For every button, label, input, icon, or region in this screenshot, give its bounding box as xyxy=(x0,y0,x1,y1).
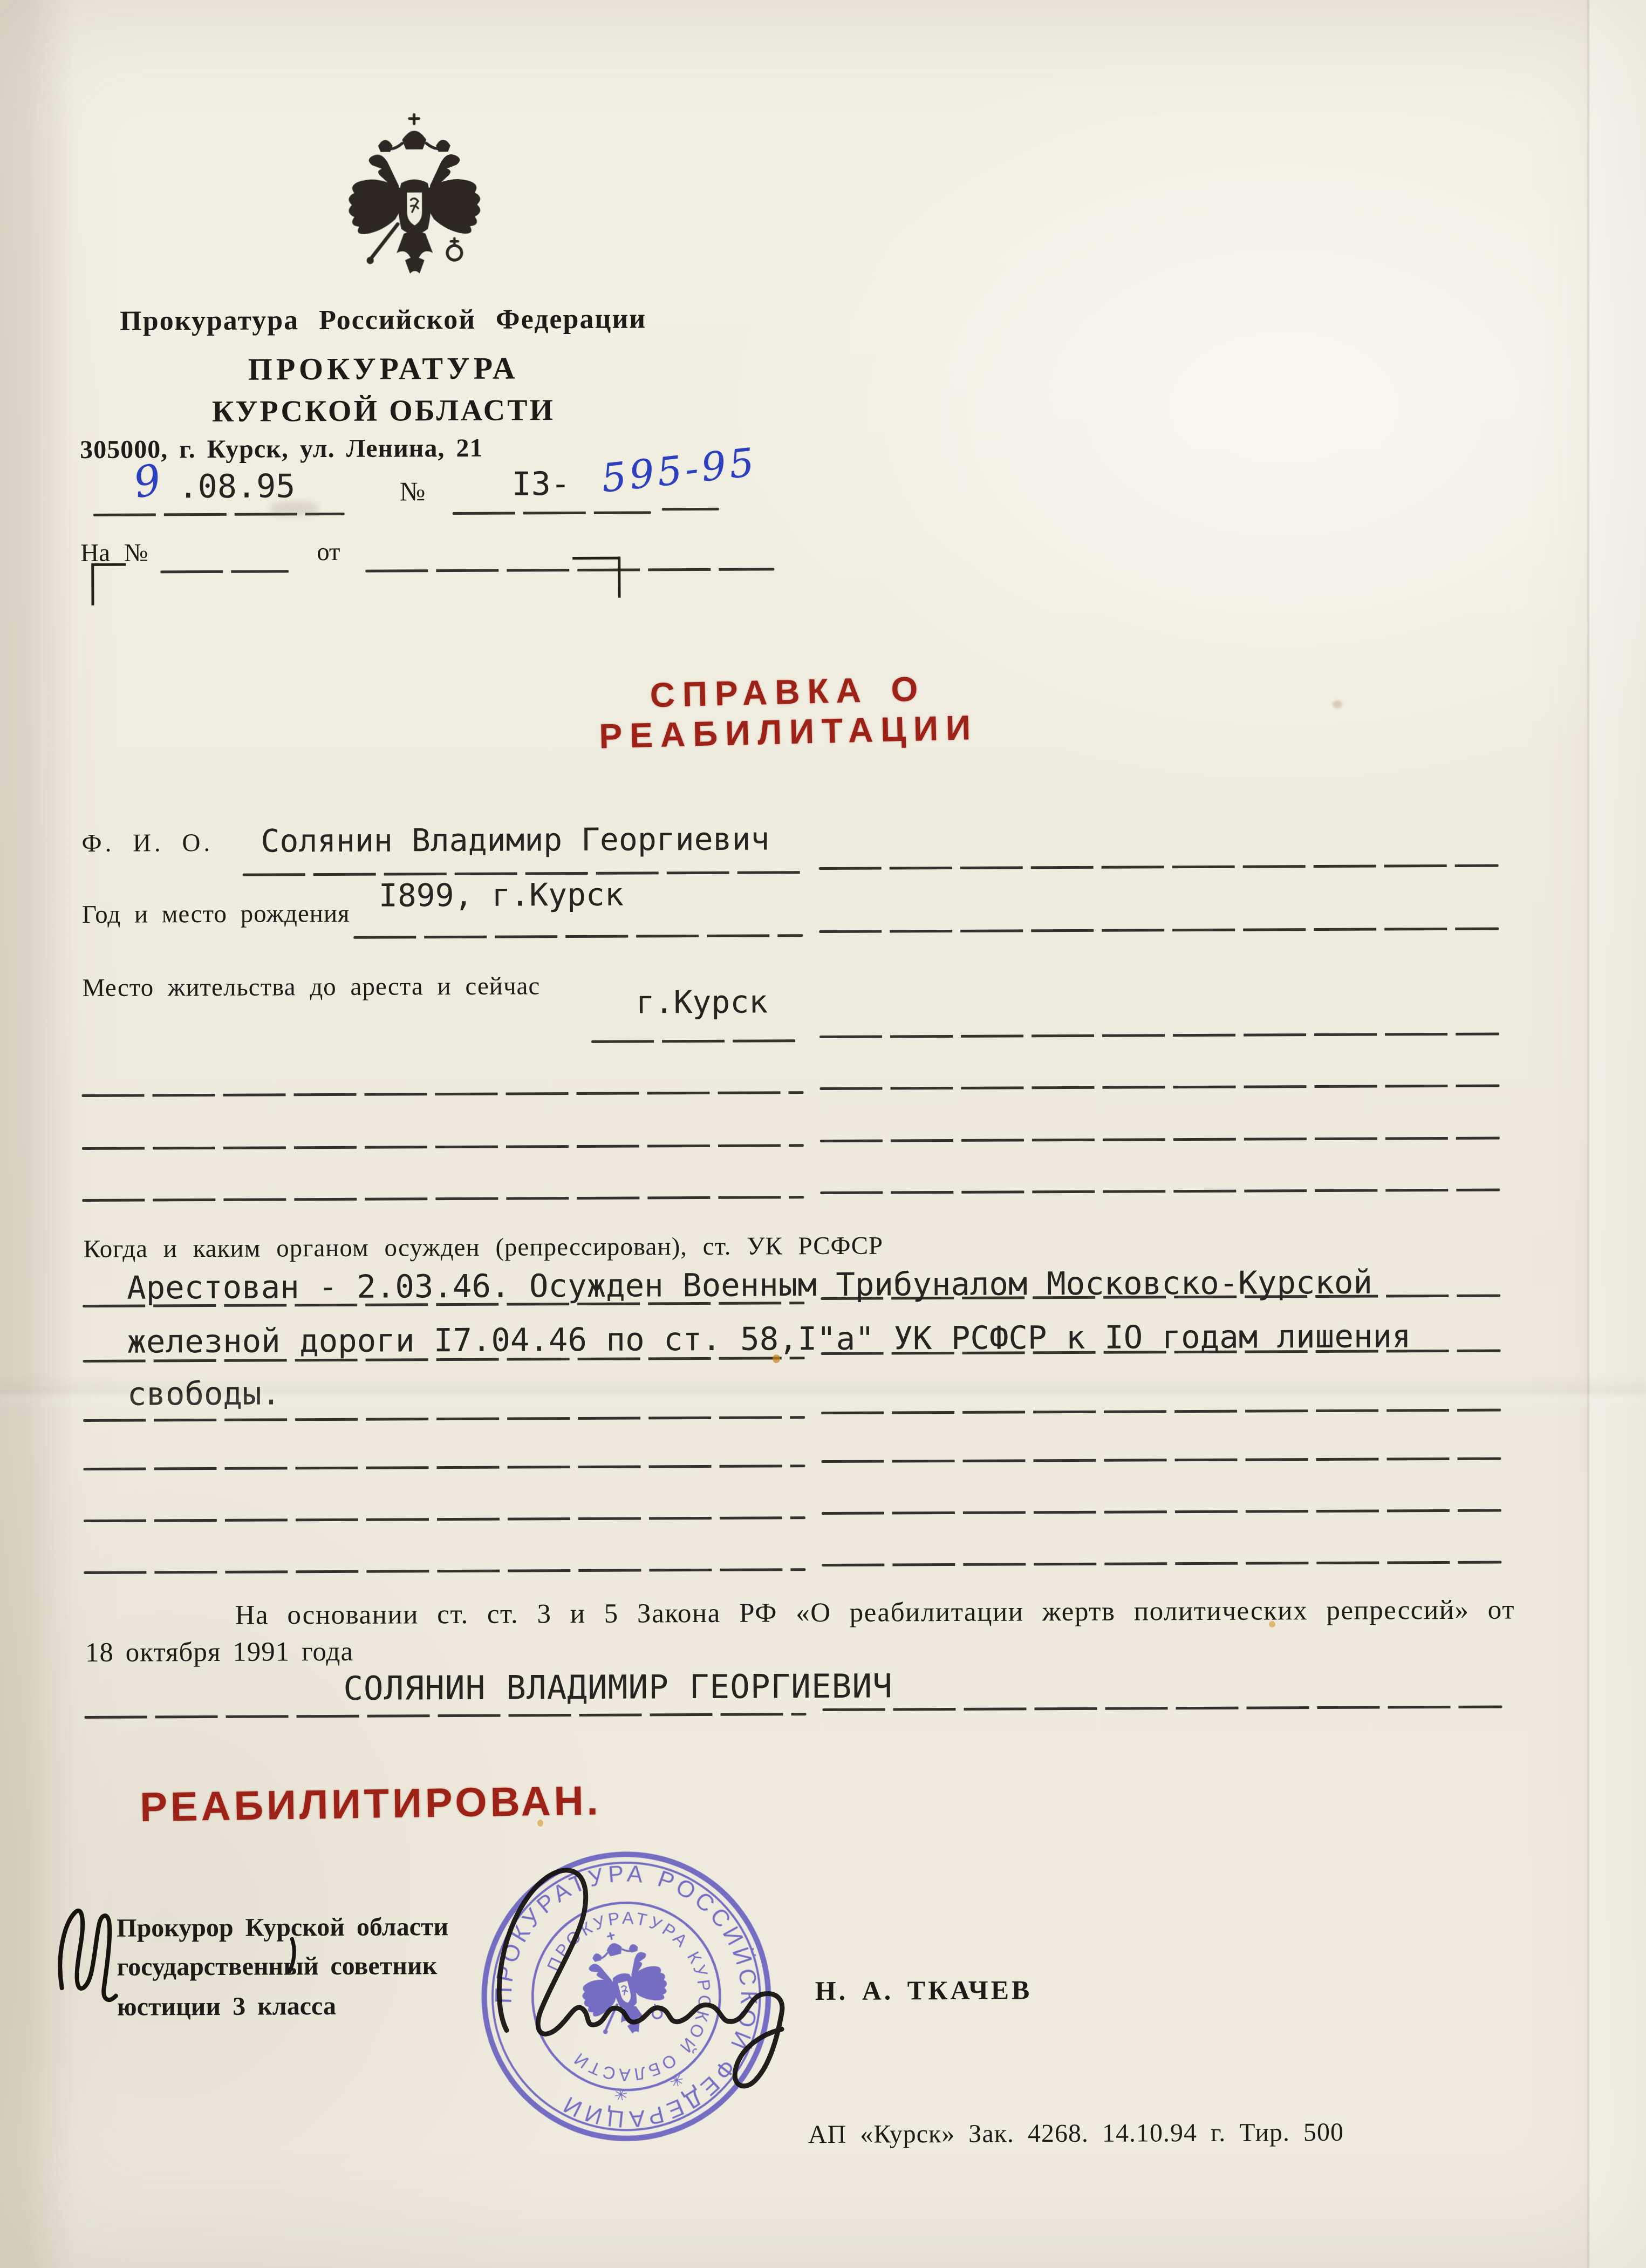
residence-value: г.Курск xyxy=(636,983,768,1020)
birth-underline-a xyxy=(353,934,803,939)
basis-line2: 18 октября 1991 года xyxy=(85,1636,353,1668)
signer-name: Н. А. ТКАЧЕВ xyxy=(815,1974,1033,2006)
fio-underline-b xyxy=(819,864,1499,870)
case-number-handwritten: 595-95 xyxy=(599,439,760,501)
signer-post-line2: государственный советник xyxy=(117,1951,437,1982)
blank-line xyxy=(820,1189,1500,1194)
fio-label: Ф. И. О. xyxy=(81,828,213,858)
conviction-line1: Арестован - 2.03.46. Осужден Военным Три… xyxy=(127,1264,1372,1306)
blank-line xyxy=(82,1196,804,1202)
fio-underline-a xyxy=(243,871,803,876)
blank-line xyxy=(82,1144,804,1150)
conviction-label: Когда и каким органом осужден (репрессир… xyxy=(84,1231,884,1264)
case-number-typed: I3- xyxy=(511,465,570,503)
document-content: Прокуратура Российской Федерации ПРОКУРА… xyxy=(0,0,1646,2268)
blank-line xyxy=(82,1091,804,1097)
paper-fold-crease xyxy=(1587,0,1589,2268)
right-corner-bracket-h xyxy=(572,557,620,560)
conviction-line2: железной дороги I7.04.46 по ст. 58,I"а" … xyxy=(127,1317,1411,1360)
signer-post-line3: юстиции 3 класса xyxy=(117,1991,336,2022)
from-underline xyxy=(365,568,774,572)
paper-horizontal-crease xyxy=(0,1375,1646,1413)
age-speck xyxy=(537,1820,543,1827)
age-speck xyxy=(1333,700,1342,708)
residence-label: Место жительства до ареста и сейчас xyxy=(83,971,541,1003)
blank-line xyxy=(84,1568,805,1574)
scanned-rehabilitation-certificate: { "header": { "federation_line": "Прокур… xyxy=(0,0,1646,2268)
birth-underline-b xyxy=(819,928,1499,933)
basis-line1: На основании ст. ст. 3 и 5 Закона РФ «О … xyxy=(235,1594,1515,1631)
from-label: от xyxy=(317,537,340,567)
blank-line xyxy=(822,1561,1501,1567)
right-corner-bracket-v xyxy=(618,557,620,598)
signer-ink-signature xyxy=(468,1834,890,2106)
rehabilitated-person-name: СОЛЯНИН ВЛАДИМИР ГЕОРГИЕВИЧ xyxy=(343,1667,893,1707)
fio-value: Солянин Владимир Георгиевич xyxy=(261,820,769,859)
document-title-stamp: СПРАВКА О РЕАБИЛИТАЦИИ xyxy=(474,665,1102,759)
rehabilitated-stamp: РЕАБИЛИТИРОВАН. xyxy=(140,1777,602,1831)
signer-post-line1: Прокурор Курской области xyxy=(117,1912,448,1943)
incoming-underline xyxy=(160,570,289,573)
blank-line xyxy=(819,1085,1499,1090)
age-speck xyxy=(773,1354,780,1363)
org-name-line1: ПРОКУРАТУРА xyxy=(78,349,688,388)
left-corner-bracket-v xyxy=(91,563,94,605)
birth-value: I899, г.Курск xyxy=(379,876,624,914)
age-speck xyxy=(1269,1621,1275,1627)
left-corner-bracket-h xyxy=(92,563,126,566)
number-sign: № xyxy=(400,475,426,507)
blank-line xyxy=(821,1457,1501,1463)
blank-line xyxy=(822,1509,1501,1515)
conviction-underline-3a xyxy=(83,1416,805,1422)
blank-line xyxy=(84,1516,805,1522)
paper-fold-light-area xyxy=(1589,0,1646,2268)
name-underline-a xyxy=(85,1713,807,1719)
residence-underline-b xyxy=(819,1033,1499,1038)
number-underline-b xyxy=(662,508,719,510)
federation-line: Прокуратура Российской Федерации xyxy=(78,303,688,337)
print-imprint: АП «Курск» Зак. 4268. 14.10.94 г. Тир. 5… xyxy=(808,2117,1344,2149)
russian-coat-of-arms-icon xyxy=(342,98,487,310)
date-typed: .08.95 xyxy=(178,467,295,506)
org-name-line2: КУРСКОЙ ОБЛАСТИ xyxy=(79,392,688,430)
number-underline-a xyxy=(453,511,651,515)
blank-line xyxy=(820,1137,1500,1142)
name-underline-b xyxy=(822,1706,1502,1711)
birth-label: Год и место рождения xyxy=(82,899,350,929)
scanner-smudge xyxy=(270,502,318,516)
residence-underline-a xyxy=(591,1039,803,1043)
blank-line xyxy=(84,1465,805,1470)
